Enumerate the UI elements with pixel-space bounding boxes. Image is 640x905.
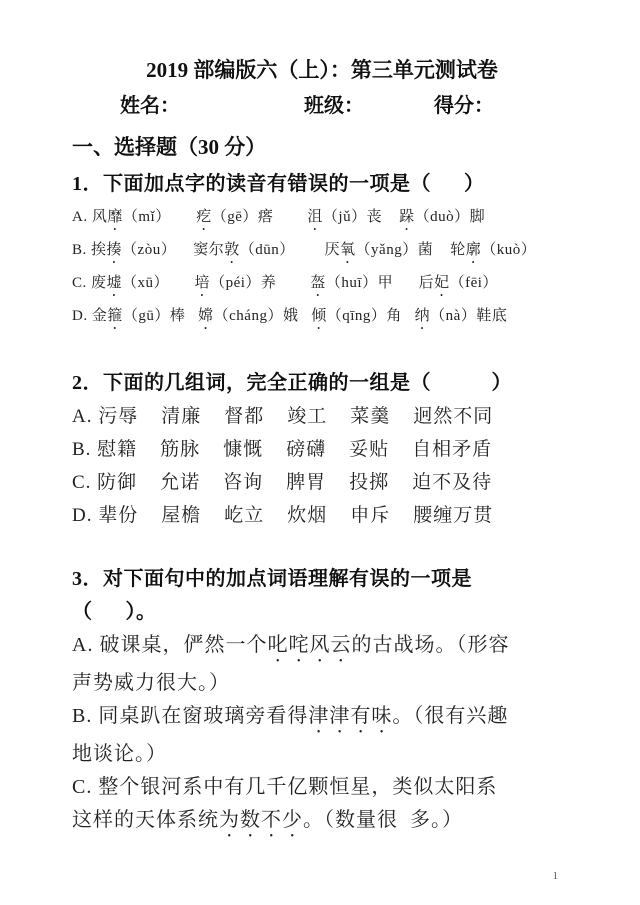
q3-option-A-line: 声势威力很大。）: [72, 667, 572, 700]
name-class-score-line: 姓名： 班级： 得分：: [72, 93, 572, 120]
emphasized-text-segment: 叱咤风云: [267, 634, 351, 656]
emphasized-text-segment: 盔: [310, 275, 326, 291]
emphasized-text-segment: 敦: [224, 242, 240, 258]
q3-option-C-line: C. 整个银河系中有几千亿颗恒星，类似太阳系: [72, 771, 572, 804]
q2-option-C-line: C. 防御 允诺 咨询 脾胃 投掷 迫不及待: [72, 466, 572, 499]
q3-stem-line: （ ）。: [72, 596, 572, 629]
document-title: 2019 部编版六（上）：第三单元测试卷: [72, 56, 572, 84]
q1-option-C-line: C. 废墟（xū） 培（péi）养 盔（huī）甲 后妃（fēi）: [72, 267, 572, 300]
page-number: 1: [553, 869, 559, 883]
q3-stem-line: 3．对下面句中的加点词语理解有误的一项是: [72, 563, 572, 596]
text-segment: D. 辈份 屋檐 屹立 炊烟 申斥 腰缠万贯: [72, 505, 493, 526]
class-label: 班级：: [304, 93, 364, 120]
text-segment: （jǔ）丧: [323, 209, 399, 225]
q1-option-B-line: B. 挨揍（zòu） 窦尔敦（dūn） 厌氧（yǎng）菌 轮廓（kuò）: [72, 234, 572, 267]
text-segment: （xū）: [122, 275, 195, 291]
text-segment: B. 慰籍 筋脉 慷慨 磅礴 妥贴 自相矛盾: [72, 439, 492, 460]
text-segment: A. 破课桌，俨然一个: [72, 634, 267, 656]
emphasized-text-segment: 纳: [415, 308, 431, 324]
text-segment: （duò）脚: [415, 209, 486, 225]
text-segment: （qīng）角: [327, 308, 415, 324]
text-segment: B. 挨: [72, 242, 107, 258]
text-segment: 窦尔: [193, 242, 224, 258]
q1-stem-line: 1．下面加点字的读音有错误的一项是（ ）: [72, 168, 572, 201]
text-segment: （kuò）: [481, 242, 536, 258]
emphasized-text-segment: 疙: [196, 209, 212, 225]
q3-option-A-line: A. 破课桌，俨然一个叱咤风云的古战场。（形容: [72, 629, 572, 667]
q1-option-A-line: A. 风靡（mǐ） 疙（gē）瘩 沮（jǔ）丧 跺（duò）脚: [72, 201, 572, 234]
text-segment: （cháng）娥: [214, 308, 312, 324]
q3-option-C-line: 这样的天体系统为数不少。（数量很 多。）: [72, 804, 572, 842]
emphasized-text-segment: 培: [195, 275, 211, 291]
emphasized-text-segment: 沮: [307, 209, 323, 225]
questions-container: 1．下面加点字的读音有错误的一项是（ ）A. 风靡（mǐ） 疙（gē）瘩 沮（j…: [72, 168, 572, 842]
emphasized-text-segment: 廓: [466, 242, 482, 258]
emphasized-text-segment: 嫦: [198, 308, 214, 324]
text-segment: （péi）养: [210, 275, 310, 291]
text-segment: C. 废: [72, 275, 107, 291]
q2-option-A-line: A. 污辱 清廉 督都 竣工 菜羹 迥然不同: [72, 400, 572, 433]
text-segment: 的古战场。（形容: [351, 634, 509, 656]
text-segment: （yǎng）菌: [356, 242, 451, 258]
q3-option-B-line: 地谈论。）: [72, 738, 572, 771]
text-segment: （mǐ）: [123, 209, 196, 225]
score-label: 得分：: [434, 93, 494, 120]
emphasized-text-segment: 为数不少: [219, 809, 303, 831]
emphasized-text-segment: 揍: [107, 242, 123, 258]
text-segment: 地谈论。）: [72, 743, 167, 765]
text-segment: （huī）甲: [326, 275, 419, 291]
emphasized-text-segment: 津津有味: [308, 705, 392, 727]
q3-option-B-line: B. 同桌趴在窗玻璃旁看得津津有味。（很有兴趣: [72, 700, 572, 738]
emphasized-text-segment: 氧: [340, 242, 356, 258]
q1-option-D-line: D. 金箍（gū）棒 嫦（cháng）娥 倾（qīng）角 纳（nà）鞋底: [72, 300, 572, 333]
text-segment: （fēi）: [450, 275, 498, 291]
text-segment: （dūn）: [240, 242, 325, 258]
text-segment: A. 风: [72, 209, 107, 225]
text-segment: 轮: [450, 242, 466, 258]
q2-option-D-line: D. 辈份 屋檐 屹立 炊烟 申斥 腰缠万贯: [72, 499, 572, 532]
text-segment: D. 金: [72, 308, 107, 324]
text-segment: B. 同桌趴在窗玻璃旁看得: [72, 705, 308, 727]
text-segment: 声势威力很大。）: [72, 672, 230, 694]
text-segment: （gū）棒: [123, 308, 198, 324]
text-segment: A. 污辱 清廉 督都 竣工 菜羹 迥然不同: [72, 406, 493, 427]
q2-option-B-line: B. 慰籍 筋脉 慷慨 磅礴 妥贴 自相矛盾: [72, 433, 572, 466]
text-segment: C. 整个银河系中有几千亿颗恒星，类似太阳系: [72, 776, 497, 798]
text-segment: （nà）鞋底: [430, 308, 507, 324]
question-block-q1: 1．下面加点字的读音有错误的一项是（ ）A. 风靡（mǐ） 疙（gē）瘩 沮（j…: [72, 168, 572, 333]
text-segment: 。（很有兴趣: [392, 705, 508, 727]
document-page: 2019 部编版六（上）：第三单元测试卷 姓名： 班级： 得分： 一、选择题（3…: [0, 0, 640, 905]
section-heading: 一、选择题（30 分）: [72, 133, 572, 161]
q2-stem-line: 2．下面的几组词，完全正确的一组是（ ）: [72, 367, 572, 400]
emphasized-text-segment: 箍: [107, 308, 123, 324]
text-segment: 后: [419, 275, 435, 291]
emphasized-text-segment: 妃: [434, 275, 450, 291]
emphasized-text-segment: 跺: [399, 209, 415, 225]
text-segment: 这样的天体系统: [72, 809, 219, 831]
text-segment: 厌: [325, 242, 341, 258]
text-segment: （zòu）: [122, 242, 193, 258]
text-segment: C. 防御 允诺 咨询 脾胃 投掷 迫不及待: [72, 472, 492, 493]
emphasized-text-segment: 倾: [311, 308, 327, 324]
name-label: 姓名：: [120, 93, 180, 120]
question-block-q2: 2．下面的几组词，完全正确的一组是（ ）A. 污辱 清廉 督都 竣工 菜羹 迥然…: [72, 367, 572, 532]
text-segment: （gē）瘩: [212, 209, 308, 225]
emphasized-text-segment: 靡: [107, 209, 123, 225]
question-block-q3: 3．对下面句中的加点词语理解有误的一项是（ ）。A. 破课桌，俨然一个叱咤风云的…: [72, 563, 572, 842]
emphasized-text-segment: 墟: [107, 275, 123, 291]
text-segment: 。（数量很 多。）: [303, 809, 463, 831]
